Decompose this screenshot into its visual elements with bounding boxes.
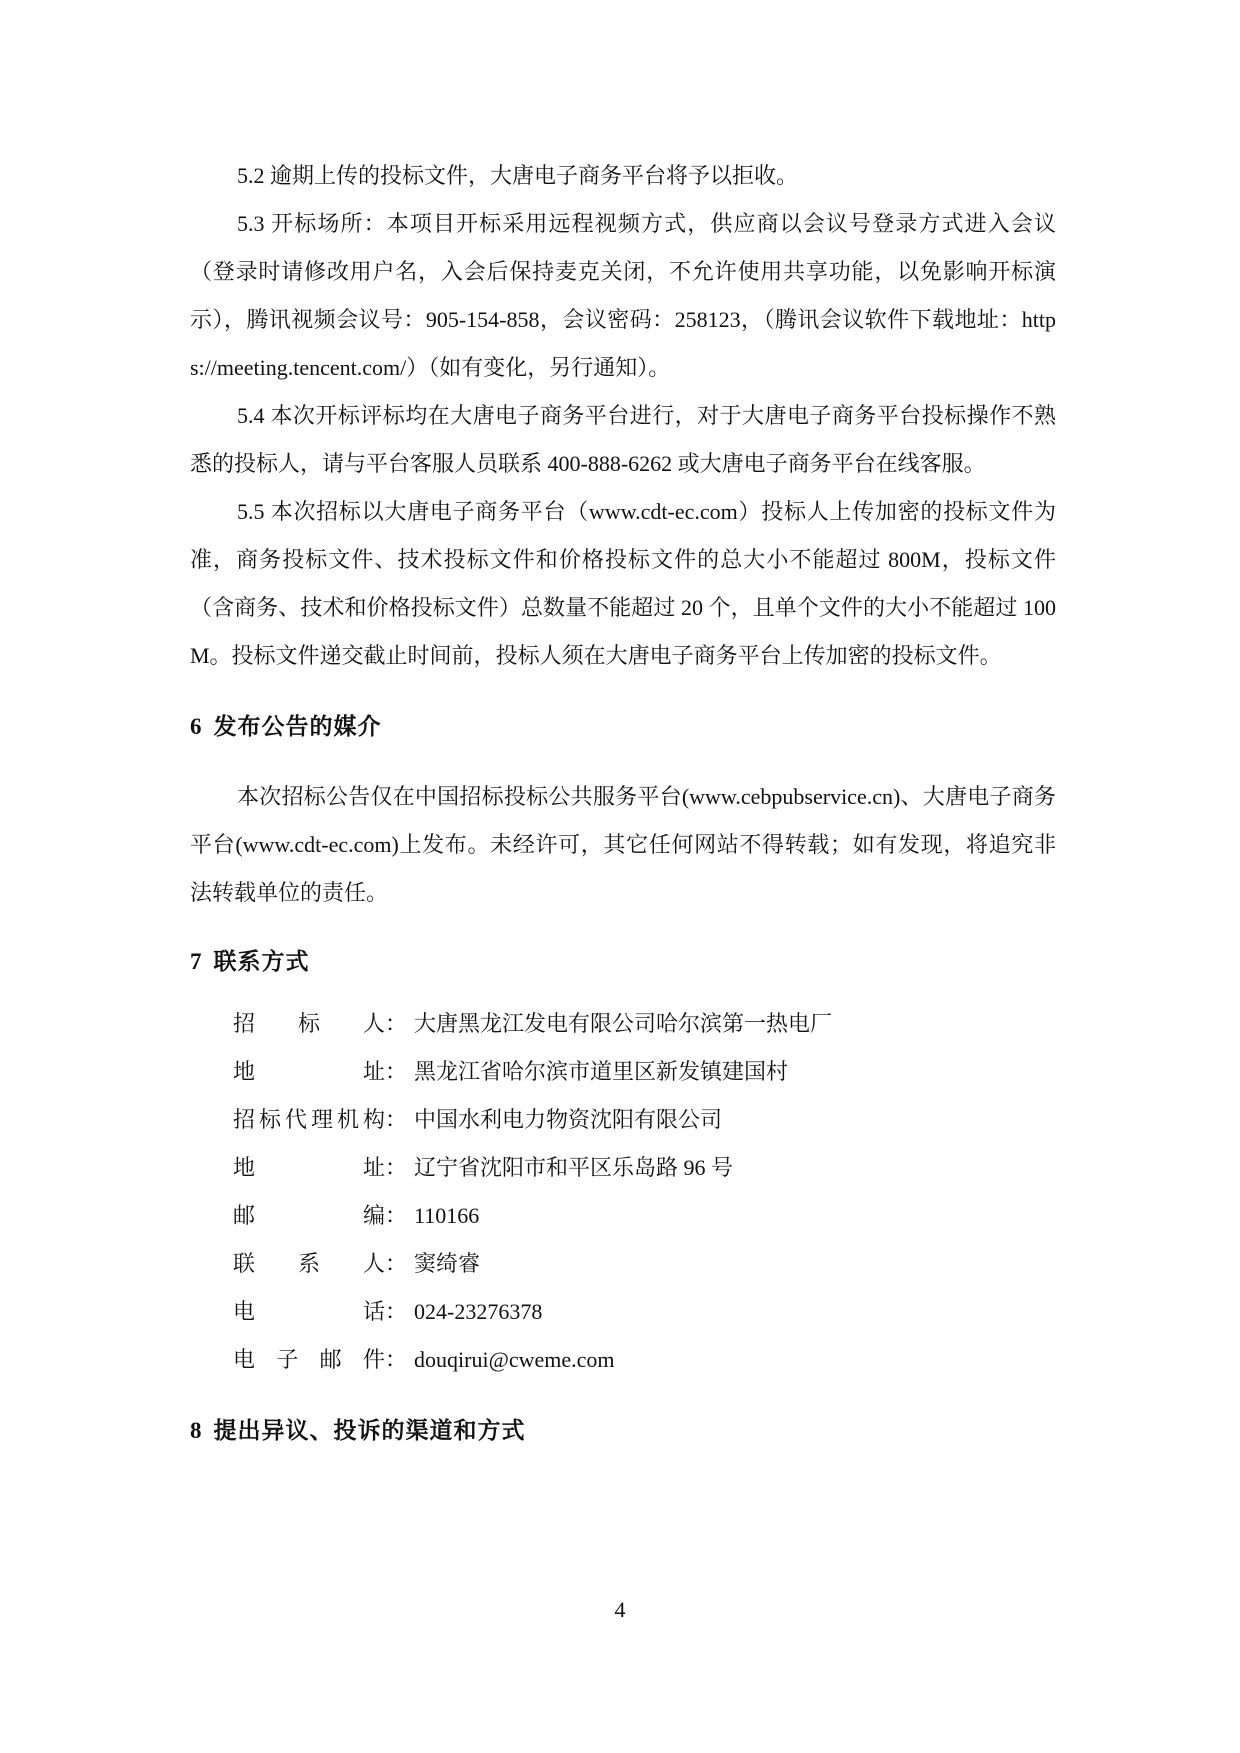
heading-8-title: 提出异议、投诉的渠道和方式 bbox=[214, 1417, 526, 1443]
contact-row-phone: 电话：024-23276378 bbox=[233, 1288, 1056, 1336]
contact-colon: ： bbox=[385, 1288, 407, 1336]
contact-colon: ： bbox=[385, 1096, 407, 1144]
heading-section-6: 6发布公告的媒介 bbox=[190, 702, 1056, 751]
contact-colon: ： bbox=[385, 1000, 407, 1048]
contact-colon: ： bbox=[385, 1048, 407, 1096]
paragraph-5-3: 5.3 开标场所：本项目开标采用远程视频方式，供应商以会议号登录方式进入会议（登… bbox=[190, 200, 1056, 392]
contact-row-email: 电子邮件：douqirui@cweme.com bbox=[233, 1336, 1056, 1384]
contact-value: 024-23276378 bbox=[414, 1299, 542, 1324]
contact-value: 窦绮睿 bbox=[414, 1251, 480, 1276]
paragraph-5-5: 5.5 本次招标以大唐电子商务平台（www.cdt-ec.com）投标人上传加密… bbox=[190, 488, 1056, 680]
contact-label: 联系人 bbox=[233, 1240, 385, 1288]
contact-label: 地址 bbox=[233, 1048, 385, 1096]
paragraph-media: 本次招标公告仅在中国招标投标公共服务平台(www.cebpubservice.c… bbox=[190, 773, 1056, 917]
paragraph-5-2: 5.2 逾期上传的投标文件，大唐电子商务平台将予以拒收。 bbox=[190, 152, 1056, 200]
contact-value: 辽宁省沈阳市和平区乐岛路 96 号 bbox=[414, 1155, 733, 1180]
heading-section-7: 7联系方式 bbox=[190, 937, 1056, 986]
heading-7-number: 7 bbox=[190, 949, 202, 974]
contact-colon: ： bbox=[385, 1144, 407, 1192]
contact-label: 招标代理机构 bbox=[233, 1096, 385, 1144]
contact-row-postcode: 邮编：110166 bbox=[233, 1192, 1056, 1240]
contact-row-tenderer: 招标人：大唐黑龙江发电有限公司哈尔滨第一热电厂 bbox=[233, 1000, 1056, 1048]
contact-value: 黑龙江省哈尔滨市道里区新发镇建国村 bbox=[414, 1059, 788, 1084]
contact-label: 地址 bbox=[233, 1144, 385, 1192]
page-number: 4 bbox=[0, 1596, 1240, 1624]
contact-label: 招标人 bbox=[233, 1000, 385, 1048]
contact-colon: ： bbox=[385, 1192, 407, 1240]
contact-value: 中国水利电力物资沈阳有限公司 bbox=[414, 1107, 722, 1132]
contact-value: 110166 bbox=[414, 1203, 479, 1228]
document-body: 5.2 逾期上传的投标文件，大唐电子商务平台将予以拒收。 5.3 开标场所：本项… bbox=[190, 152, 1056, 1455]
heading-8-number: 8 bbox=[190, 1418, 202, 1443]
contact-row-agency: 招标代理机构：中国水利电力物资沈阳有限公司 bbox=[233, 1096, 1056, 1144]
contact-row-agency-address: 地址：辽宁省沈阳市和平区乐岛路 96 号 bbox=[233, 1144, 1056, 1192]
heading-section-8: 8提出异议、投诉的渠道和方式 bbox=[190, 1406, 1056, 1455]
contact-colon: ： bbox=[385, 1240, 407, 1288]
heading-6-title: 发布公告的媒介 bbox=[214, 713, 382, 739]
contact-colon: ： bbox=[385, 1336, 407, 1384]
heading-6-number: 6 bbox=[190, 714, 202, 739]
contact-row-tenderer-address: 地址：黑龙江省哈尔滨市道里区新发镇建国村 bbox=[233, 1048, 1056, 1096]
paragraph-5-4: 5.4 本次开标评标均在大唐电子商务平台进行，对于大唐电子商务平台投标操作不熟悉… bbox=[190, 392, 1056, 488]
contact-label: 电子邮件 bbox=[233, 1336, 385, 1384]
contact-value: douqirui@cweme.com bbox=[414, 1347, 614, 1372]
contact-label: 邮编 bbox=[233, 1192, 385, 1240]
contact-label: 电话 bbox=[233, 1288, 385, 1336]
contact-row-person: 联系人：窦绮睿 bbox=[233, 1240, 1056, 1288]
heading-7-title: 联系方式 bbox=[214, 948, 310, 974]
contact-value: 大唐黑龙江发电有限公司哈尔滨第一热电厂 bbox=[414, 1011, 832, 1036]
document-page: 5.2 逾期上传的投标文件，大唐电子商务平台将予以拒收。 5.3 开标场所：本项… bbox=[0, 0, 1240, 1753]
contact-list: 招标人：大唐黑龙江发电有限公司哈尔滨第一热电厂 地址：黑龙江省哈尔滨市道里区新发… bbox=[190, 1000, 1056, 1384]
